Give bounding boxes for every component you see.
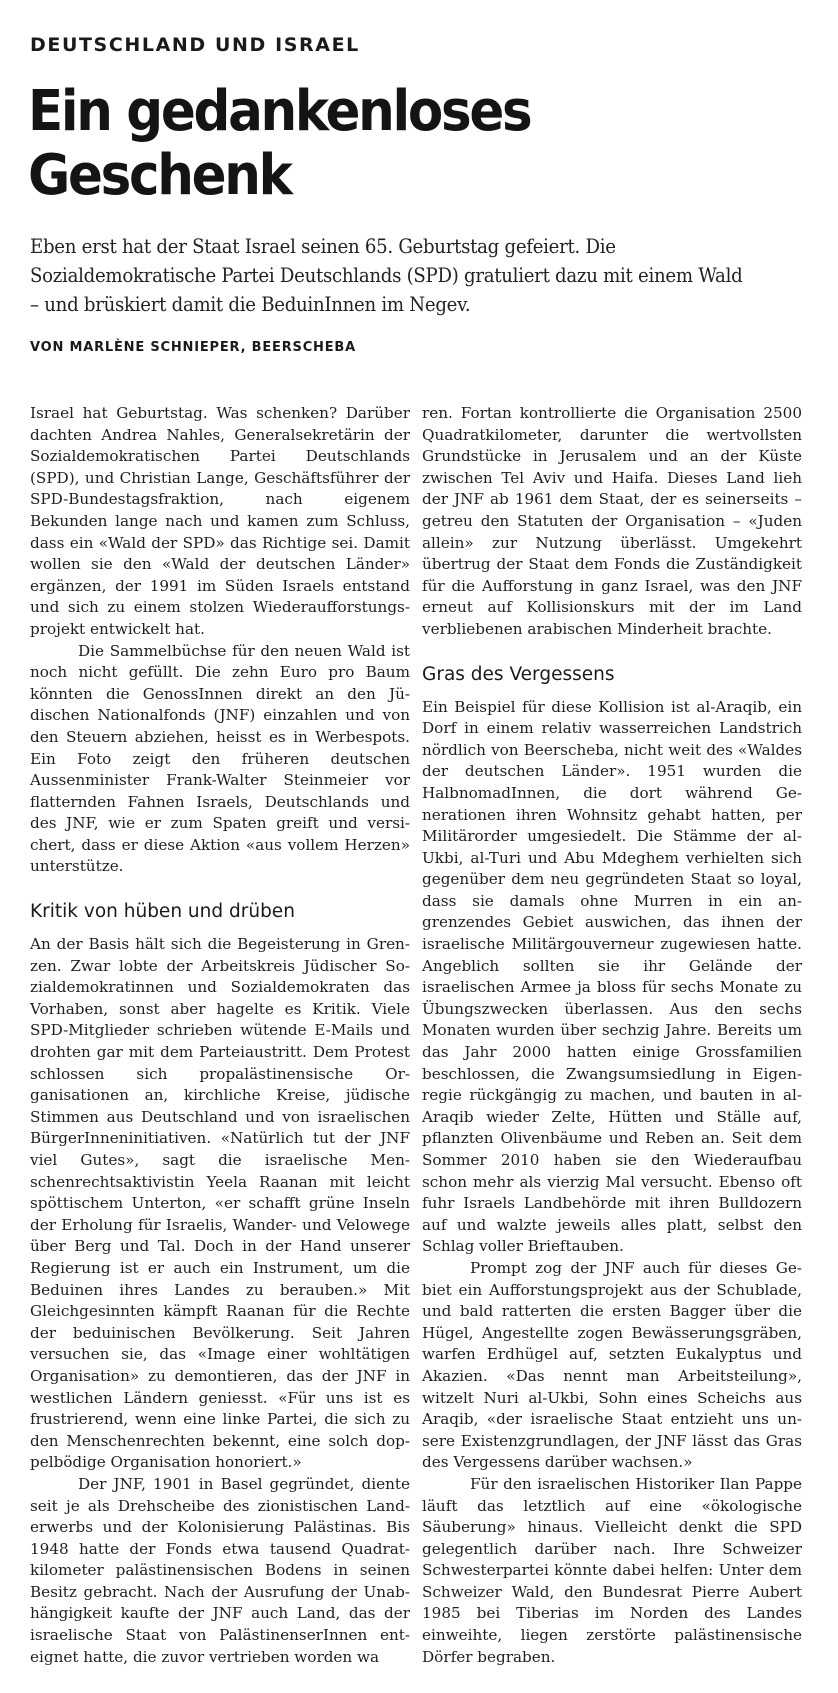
paragraph: ren. Fortan kontrollierte die Organisati…	[422, 403, 802, 641]
section-subhead: Gras des Vergessens	[422, 663, 802, 687]
article-lead: Eben erst hat der Staat Israel seinen 65…	[30, 232, 755, 319]
paragraph: Israel hat Geburtstag. Was schenken? Dar…	[30, 403, 410, 641]
paragraph: Die Sammelbüchse für den neuen Wald ist …	[30, 641, 410, 879]
article-column-right: ren. Fortan kontrollierte die Organisati…	[422, 403, 802, 1668]
article-byline: VON MARLÈNE SCHNIEPER, BEERSCHEBA	[30, 340, 356, 355]
article-kicker: DEUTSCHLAND UND ISRAEL	[30, 34, 360, 56]
paragraph: Für den israelischen Historiker Ilan Pap…	[422, 1474, 802, 1668]
article-column-left: Israel hat Geburtstag. Was schenken? Dar…	[30, 403, 410, 1668]
paragraph: Ein Beispiel für diese Kollision ist al-…	[422, 697, 802, 1258]
section-subhead: Kritik von hüben und drüben	[30, 900, 410, 924]
paragraph: Der JNF, 1901 in Basel gegründet, diente…	[30, 1474, 410, 1668]
paragraph: Prompt zog der JNF auch für dieses Ge­bi…	[422, 1258, 802, 1474]
article-headline: Ein gedankenloses Geschenk	[28, 80, 746, 208]
paragraph: An der Basis hält sich die Begeisterung …	[30, 934, 410, 1474]
